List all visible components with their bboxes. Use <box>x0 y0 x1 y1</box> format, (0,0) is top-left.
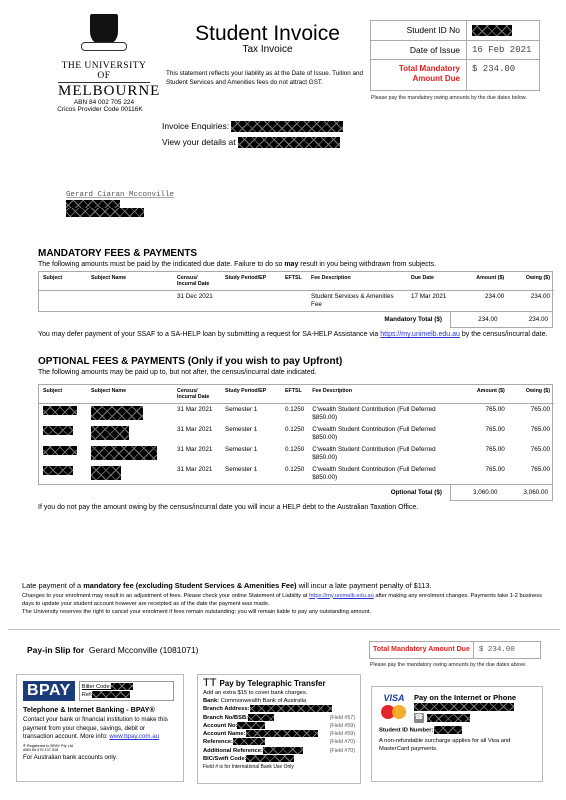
mandatory-section: MANDATORY FEES & PAYMENTS The following … <box>38 248 553 340</box>
visa-icon: VISA <box>379 693 409 703</box>
invoice-info-box: Student ID No Date of Issue16 Feb 2021 T… <box>370 20 540 91</box>
statement-link[interactable]: https://my.unimelb.edu.au <box>309 593 374 599</box>
optional-section: OPTIONAL FEES & PAYMENTS (Only if you wi… <box>38 356 553 513</box>
tt-extra: Add an extra $15 to cover bank charges. <box>203 689 355 697</box>
tt-field: BIC/Swift Code: <box>203 755 355 763</box>
table-row: 31 Mar 2021Semester 1 0.1250C'wealth Stu… <box>39 464 554 484</box>
subject-name-redacted <box>91 406 143 420</box>
bpay-footer: For Australian bank accounts only. <box>23 754 177 761</box>
address-redacted <box>66 200 144 217</box>
tt-footnote: Field # is for International Bank Use On… <box>203 763 355 771</box>
tt-field: Branch Address: <box>203 705 355 713</box>
subject-redacted <box>43 446 77 455</box>
date-of-issue-label: Date of Issue <box>371 41 467 59</box>
table-row: 31 Dec 2021 Student Services & Amenities… <box>39 291 554 312</box>
table-row: 31 Mar 2021Semester 1 0.1250C'wealth Stu… <box>39 424 554 444</box>
enrolment-changes-note: Changes to your enrolment may result in … <box>22 592 552 609</box>
slip-total-box: Total Mandatory Amount Due $ 234.00 <box>369 641 541 659</box>
view-details: View your details at <box>162 137 340 148</box>
date-of-issue-value: 16 Feb 2021 <box>467 41 539 59</box>
unimelb-link[interactable]: https://my.unimelb.edu.au <box>380 331 460 338</box>
subject-redacted <box>43 426 73 435</box>
tt-bank: Bank: Commonwealth Bank of Australia <box>203 697 355 705</box>
abn: ABN 84 002 705 224 <box>58 99 150 106</box>
mandatory-intro: The following amounts must be paid by th… <box>38 261 553 268</box>
optional-table: Subject Subject Name Census/ Incurral Da… <box>39 385 554 484</box>
card-url-redacted <box>414 703 514 711</box>
pay-in-slip-title: Pay-in Slip for Gerard Mcconville (10810… <box>27 645 199 655</box>
enquiries-redacted <box>231 121 343 132</box>
divider <box>8 629 560 630</box>
table-row: 31 Mar 2021Semester 1 0.1250C'wealth Stu… <box>39 404 554 425</box>
tt-field: Reference:(Field #70) <box>203 738 355 746</box>
card-surcharge: A non-refundable surcharge applies for a… <box>379 737 535 753</box>
bpay-abn: ABN 69 079 137 518 <box>23 748 177 752</box>
statement-note: This statement reflects your liability a… <box>166 70 366 88</box>
cancel-note: The University reserves the right to can… <box>22 608 552 616</box>
tt-field: Account No:(Field #59) <box>203 722 355 730</box>
notices: Late payment of a mandatory fee (excludi… <box>22 581 552 616</box>
slip-note: Please pay the mandatory owing amounts b… <box>370 662 527 668</box>
cricos-code: Cricos Provider Code 00116K <box>50 106 150 113</box>
phone-redacted <box>427 714 470 722</box>
due-note: Please pay the mandatory owing amounts b… <box>371 95 527 101</box>
subject-name-redacted <box>91 426 129 440</box>
total-mandatory-value: $ 234.00 <box>467 60 539 90</box>
page-title: Student Invoice <box>170 22 365 46</box>
student-id-label: Student ID No <box>371 21 467 40</box>
mandatory-heading: MANDATORY FEES & PAYMENTS <box>38 248 553 259</box>
crest-icon <box>81 12 127 56</box>
card-student-id: Student ID Number: <box>379 726 535 734</box>
recipient-name: Gerard Ciaran Mcconville <box>66 191 174 199</box>
student-id-redacted <box>472 25 512 36</box>
tt-field: Additional Reference:(Field #70) <box>203 747 355 755</box>
page-subtitle: Tax Invoice <box>170 44 365 55</box>
university-name-line1: THE UNIVERSITY OF <box>58 61 150 83</box>
card-box: VISA Pay on the Internet or Phone ☎ Stud… <box>371 686 543 782</box>
ssaf-defer-note: You may defer payment of your SSAF to a … <box>38 330 553 340</box>
bpay-heading: Telephone & Internet Banking - BPAY® <box>23 705 177 714</box>
bpay-link[interactable]: www.bpay.com.au <box>109 733 159 740</box>
total-mandatory-label: Total MandatoryAmount Due <box>371 60 467 90</box>
card-heading: Pay on the Internet or Phone <box>414 693 516 702</box>
phone-icon: ☎ <box>414 713 424 723</box>
tt-box: TTPay by Telegraphic Transfer Add an ext… <box>197 674 361 784</box>
table-row: 31 Mar 2021Semester 1 0.1250C'wealth Stu… <box>39 444 554 464</box>
tt-icon: TT <box>203 677 216 689</box>
optional-intro: The following amounts may be paid up to,… <box>38 369 553 376</box>
details-link-redacted <box>238 137 340 148</box>
university-name-line2: MELBOURNE <box>58 83 150 99</box>
mastercard-icon <box>381 705 407 719</box>
subject-redacted <box>43 406 77 415</box>
optional-total: Optional Total ($) 3,060.003,060.00 <box>38 485 553 501</box>
bpay-box: BPAY Biller Code: Ref: Telephone & Inter… <box>16 674 184 782</box>
help-debt-note: If you do not pay the amount owing by th… <box>38 503 553 513</box>
bpay-logo: BPAY <box>23 681 75 701</box>
university-logo: THE UNIVERSITY OF MELBOURNE ABN 84 002 7… <box>58 12 150 113</box>
tt-field: Account Name:(Field #59) <box>203 730 355 738</box>
late-payment-note: Late payment of a mandatory fee (excludi… <box>22 581 552 591</box>
subject-name-redacted <box>91 446 157 460</box>
tt-heading: Pay by Telegraphic Transfer <box>219 679 325 688</box>
invoice-enquiries: Invoice Enquiries: <box>162 121 343 132</box>
mandatory-table: Subject Subject Name Census/ Incurral Da… <box>39 272 554 311</box>
subject-redacted <box>43 466 73 475</box>
subject-name-redacted <box>91 466 121 480</box>
tt-field: Branch No/BSB:(Field #57) <box>203 714 355 722</box>
bpay-body: Contact your bank or financial instituti… <box>23 716 177 742</box>
mandatory-total: Mandatory Total ($) 234.00234.00 <box>38 312 553 328</box>
biller-box: Biller Code: Ref: <box>79 681 174 701</box>
optional-heading: OPTIONAL FEES & PAYMENTS (Only if you wi… <box>38 356 553 367</box>
